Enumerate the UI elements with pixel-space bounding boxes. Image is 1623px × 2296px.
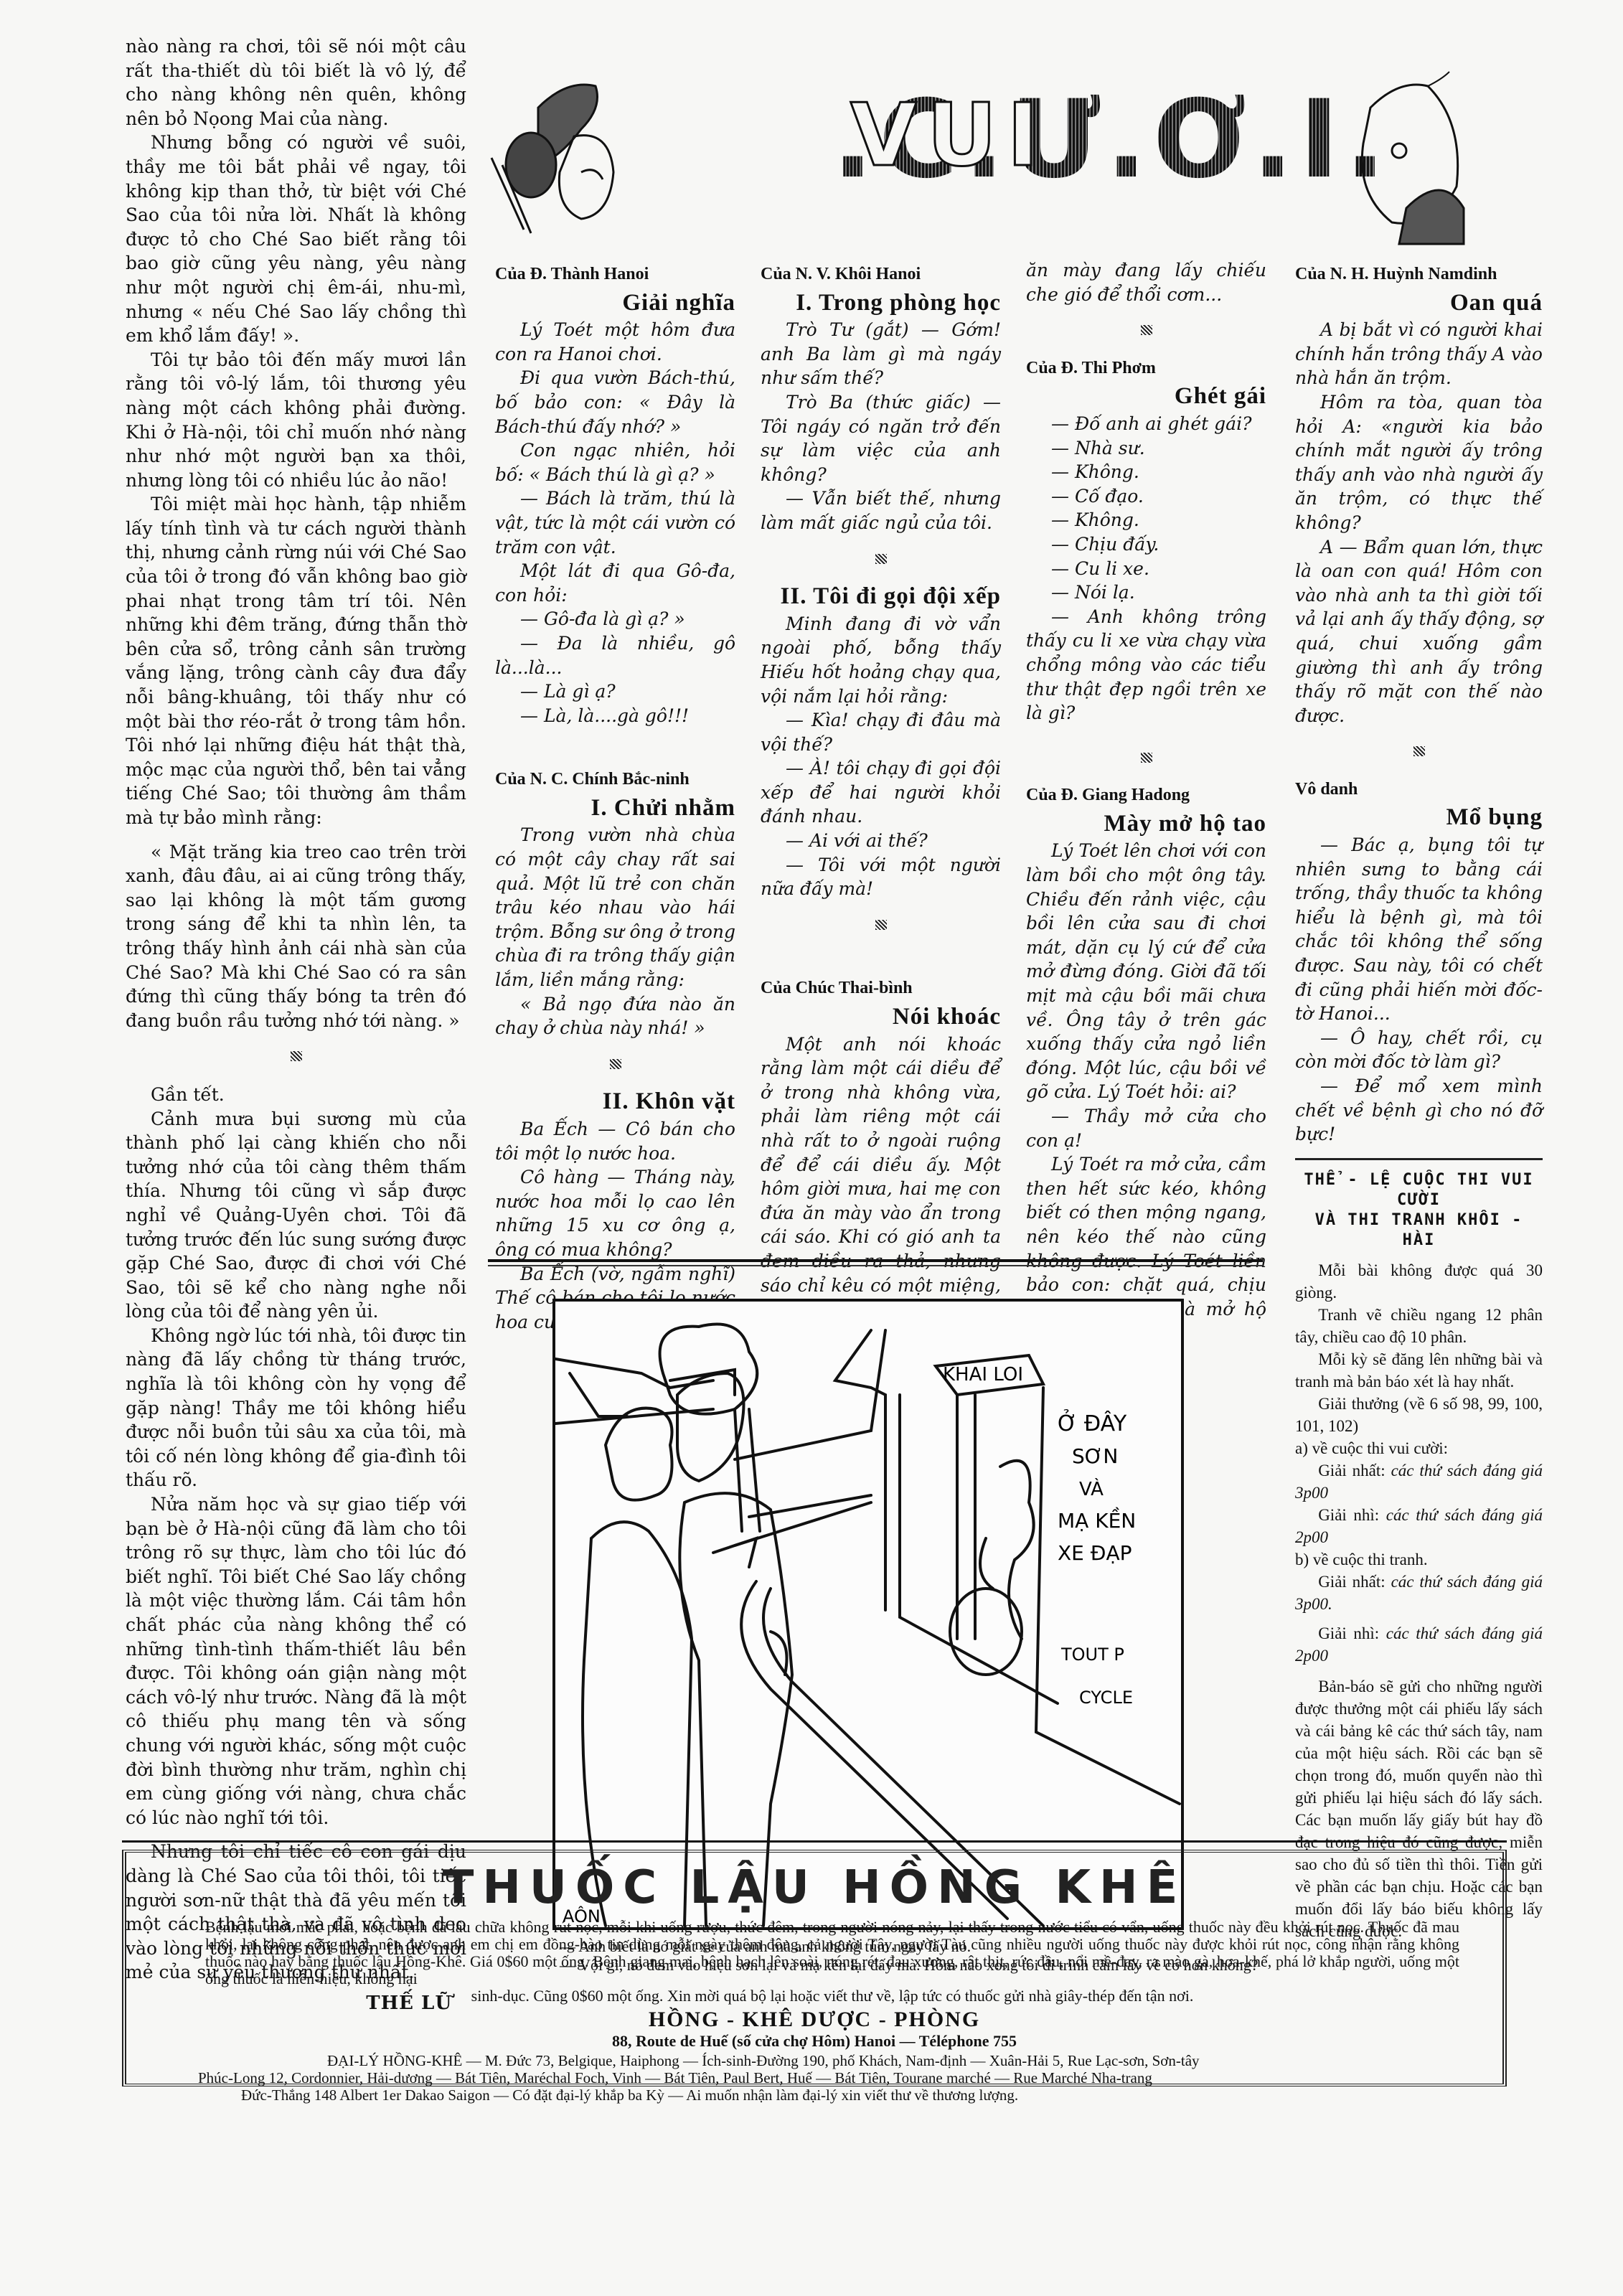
ad-title: THUỐC LẬU HỒNG KHÊ (126, 1861, 1502, 1914)
joke-line: — Bác ạ, bụng tôi tự nhiên sưng to bằng … (1295, 833, 1543, 1026)
prize-label: Giải nhất: (1318, 1573, 1385, 1591)
joke-line: « Bả ngọ đứa nào ăn chay ở chùa này nhá!… (495, 992, 735, 1040)
board-text: SƠN (1072, 1444, 1118, 1468)
joke-line: — Ô hay, chết rồi, cụ còn mời đốc tờ làm… (1295, 1026, 1543, 1074)
board-text: MẠ KỀN (1058, 1506, 1136, 1533)
joke-line: — Ai với ai thế? (761, 829, 1001, 853)
ad-body: Bệnh lậu mới mắc phải, hoặc bệnh đã lâu … (126, 1914, 1502, 2005)
contest-title: THỂ - LỆ CUỘC THI VUI CƯỜI VÀ THI TRANH … (1295, 1170, 1543, 1251)
joke-byline: Của Chúc Thai-bình (761, 977, 1001, 1001)
joke-title: II. Tôi đi gọi đội xếp (761, 585, 1001, 609)
joke-line: — Anh không trông thấy cu li xe vừa chạy… (1026, 605, 1266, 725)
contest-prize: Giải nhì: các thứ sách đáng giá 2p00 (1295, 1622, 1543, 1667)
section-separator (495, 1053, 735, 1078)
jokes-column-4: Của N. H. Huỳnh Namdinh Oan quá A bị bắt… (1295, 258, 1543, 1942)
board-text: CYCLE (1079, 1688, 1133, 1708)
section-separator (126, 1045, 466, 1070)
section-separator (761, 548, 1001, 573)
cartoon-face-left-icon (488, 65, 624, 237)
joke-line: Lý Toét lên chơi với con làm bồi cho một… (1026, 839, 1266, 1104)
story-paragraph: Nửa năm học và sự giao tiếp với bạn bè ở… (126, 1492, 466, 1830)
section-separator (1026, 319, 1266, 344)
joke-line: — Kìa! chạy đi đâu mà vội thế? (761, 708, 1001, 756)
joke-byline: Của Đ. Thành Hanoi (495, 263, 735, 287)
divider-rule (122, 1840, 1507, 1843)
joke-title: II. Khôn vặt (495, 1090, 735, 1114)
joke-line: Trong vườn nhà chùa có một cây chay rất … (495, 823, 735, 992)
joke-line: — Thầy mở cửa cho con ạ! (1026, 1104, 1266, 1152)
joke-byline: Của N. H. Huỳnh Namdinh (1295, 263, 1543, 287)
joke-line: ăn mày đang lấy chiếu che gió để thổi cơ… (1026, 258, 1266, 306)
contest-prize: Giải nhất: các thứ sách đáng giá 3p00. (1295, 1571, 1543, 1615)
joke-line: — Tôi với một người nữa đấy mà! (761, 853, 1001, 901)
contest-section: b) về cuộc thi tranh. (1295, 1548, 1543, 1571)
joke-byline: Của Đ. Giang Hadong (1026, 784, 1266, 808)
joke-line: Ba Ếch — Cô bán cho tôi một lọ nước hoa. (495, 1117, 735, 1165)
joke-line: Đi qua vườn Bách-thú, bố bảo con: « Đây … (495, 366, 735, 438)
joke-line: Cô hàng — Tháng này, nước hoa mỗi lọ cao… (495, 1165, 735, 1261)
joke-title: Giải nghĩa (495, 291, 735, 316)
story-paragraph: « Mặt trăng kia treo cao trên trời xanh,… (126, 840, 466, 1033)
shop-sign-text: KHAI LOI (943, 1364, 1023, 1385)
board-text: VÀ (1079, 1477, 1104, 1500)
section-separator (761, 914, 1001, 938)
ad-body-text: Bệnh lậu mới mắc phải, hoặc bệnh đã lâu … (205, 1919, 1459, 1987)
joke-line: Trò Tư (gắt) — Gớm! anh Ba làm gì mà ngá… (761, 318, 1001, 390)
ad-agent-line: Đức-Thắng 148 Albert 1er Dakao Saigon — … (198, 2086, 1459, 2104)
joke-line: — Cu li xe. (1026, 557, 1266, 581)
prize-label: Giải nhất: (1318, 1462, 1385, 1479)
story-paragraph: Tôi tự bảo tôi đến mấy mươi lần rằng tôi… (126, 348, 466, 493)
joke-line: — Chịu đấy. (1026, 532, 1266, 557)
ad-agent-line: Phúc-Long 12, Cordonnier, Hải-dương — Bá… (198, 2069, 1459, 2086)
joke-line: — Bách là trăm, thú là vật, tức là một c… (495, 486, 735, 559)
contest-rule: Giải thưởng (về 6 số 98, 99, 100, 101, 1… (1295, 1393, 1543, 1437)
joke-title: I. Trong phòng học (761, 291, 1001, 316)
joke-title: Mày mở hộ tao (1026, 812, 1266, 837)
joke-line: — Là, là....gà gô!!! (495, 704, 735, 728)
cartoon-frame: KHAI LOI Ở ĐÂY SƠN VÀ MẠ KỀN XE ĐẠP TOUT… (552, 1299, 1184, 1930)
joke-line: — Đa là nhiều, gô là...là... (495, 631, 735, 679)
story-paragraph: nào nàng ra chơi, tôi sẽ nói một câu rất… (126, 34, 466, 131)
joke-line: — Đố anh ai ghét gái? (1026, 412, 1266, 436)
divider-rule (488, 1259, 1263, 1262)
joke-line: Một lát đi qua Gô-đa, con hỏi: (495, 559, 735, 607)
joke-title: Ghét gái (1026, 385, 1266, 409)
ad-agents: ĐẠI-LÝ HỒNG-KHÊ — M. Đức 73, Belgique, H… (126, 2051, 1502, 2104)
joke-line: — Cố đạo. (1026, 484, 1266, 509)
joke-title: Mổ bụng (1295, 806, 1543, 830)
joke-line: — Nhà sư. (1026, 436, 1266, 461)
joke-line: A bị bắt vì có người khai chính hắn trôn… (1295, 318, 1543, 390)
contest-rule: Mỗi bài không được quá 30 giòng. (1295, 1259, 1543, 1304)
joke-line: Minh đang đi vờ vẩn ngoài phố, bỗng thấy… (761, 612, 1001, 708)
joke-line: — Không. (1026, 460, 1266, 484)
story-paragraph: Nhưng bỗng có người về suôi, thầy me tôi… (126, 131, 466, 347)
joke-line: Lý Toét một hôm đưa con ra Hanoi chơi. (495, 318, 735, 366)
joke-line: — Không. (1026, 508, 1266, 532)
joke-line: — Là gì ạ? (495, 679, 735, 704)
story-column: nào nàng ra chơi, tôi sẽ nói một câu rất… (126, 34, 466, 2016)
jokes-column-1: Của Đ. Thành Hanoi Giải nghĩa Lý Toét mộ… (495, 258, 735, 1334)
story-paragraph: Gần tết. (126, 1083, 466, 1107)
contest-rule: Mỗi kỳ sẽ đăng lên những bài và tranh mà… (1295, 1348, 1543, 1393)
joke-title: Oan quá (1295, 291, 1543, 316)
divider-rule (488, 1265, 1263, 1266)
joke-line: Trò Ba (thức giấc) — Tôi ngáy có ngăn tr… (761, 390, 1001, 486)
joke-line: — Vẫn biết thế, nhưng làm mất giấc ngủ c… (761, 486, 1001, 535)
prize-label: Giải nhì: (1318, 1624, 1379, 1642)
ad-address: 88, Route de Huế (số cửa chợ Hôm) Hanoi … (126, 2032, 1502, 2051)
contest-title-line: VÀ THI TRANH KHÔI - HÀI (1295, 1210, 1543, 1251)
jokes-column-3: ăn mày đang lấy chiếu che gió để thổi cơ… (1026, 258, 1266, 1345)
joke-line: Con ngạc nhiên, hỏi bố: « Bách thú là gì… (495, 438, 735, 486)
board-text: TOUT P (1060, 1645, 1124, 1665)
story-paragraph: Cảnh mưa bụi sương mù của thành phố lại … (126, 1107, 466, 1324)
cartoon-illustration-icon: KHAI LOI Ở ĐÂY SƠN VÀ MẠ KỀN XE ĐẠP TOUT… (555, 1302, 1184, 1930)
advertisement-box: THUỐC LẬU HỒNG KHÊ Bệnh lậu mới mắc phải… (122, 1850, 1507, 2086)
ad-body-text: sinh-dục. Cũng 0$60 một ống. Xin mời quá… (205, 1987, 1459, 2005)
masthead-title-outline: VUI (850, 93, 1049, 179)
joke-line: — Để mổ xem mình chết về bệnh gì cho nó … (1295, 1074, 1543, 1147)
contest-rule: Tranh vẽ chiều ngang 12 phân tây, chiều … (1295, 1304, 1543, 1348)
joke-title: I. Chửi nhằm (495, 796, 735, 821)
section-separator (1295, 740, 1543, 765)
joke-line: — Gô-đa là gì ạ? » (495, 607, 735, 631)
joke-byline: Của N. C. Chính Bắc-ninh (495, 768, 735, 792)
joke-line: A — Bẩm quan lớn, thực là oan con quá! H… (1295, 535, 1543, 728)
joke-title: Nói khoác (761, 1005, 1001, 1030)
joke-line: — À! tôi chạy đi gọi đội xếp để hai ngườ… (761, 756, 1001, 829)
joke-byline: Của Đ. Thi Phơm (1026, 357, 1266, 381)
ad-agent-line: ĐẠI-LÝ HỒNG-KHÊ — M. Đức 73, Belgique, H… (198, 2052, 1459, 2069)
cartoon-face-right-icon (1342, 65, 1471, 251)
masthead: .C.Ư.Ơ.I. VUI (488, 65, 1571, 251)
jokes-column-2: Của N. V. Khôi Hanoi I. Trong phòng học … (761, 258, 1001, 1394)
joke-line: — Nói lạ. (1026, 580, 1266, 605)
contest-prize: Giải nhất: các thứ sách đáng giá 3p00 (1295, 1459, 1543, 1504)
ad-company: HỒNG - KHÊ DƯỢC - PHÒNG (126, 2008, 1502, 2032)
board-text: Ở ĐÂY (1058, 1408, 1127, 1436)
joke-byline: Của N. V. Khôi Hanoi (761, 263, 1001, 287)
joke-line: Hôm ra tòa, quan tòa hỏi A: «người kia b… (1295, 390, 1543, 535)
story-paragraph: Không ngờ lúc tới nhà, tôi được tin nàng… (126, 1324, 466, 1492)
prize-label: Giải nhì: (1318, 1506, 1379, 1524)
contest-prize: Giải nhì: các thứ sách đáng giá 2p00 (1295, 1504, 1543, 1548)
contest-section: a) về cuộc thi vui cười: (1295, 1437, 1543, 1459)
newspaper-page: .C.Ư.Ơ.I. VUI nào nàng ra chơi, tôi sẽ n… (0, 0, 1623, 2296)
joke-byline: Vô danh (1295, 778, 1543, 802)
board-text: XE ĐẠP (1058, 1541, 1132, 1565)
section-separator (1026, 747, 1266, 771)
story-paragraph: Tôi miệt mài học hành, tập nhiễm lấy tín… (126, 492, 466, 829)
contest-title-line: THỂ - LỆ CUỘC THI VUI CƯỜI (1295, 1170, 1543, 1210)
